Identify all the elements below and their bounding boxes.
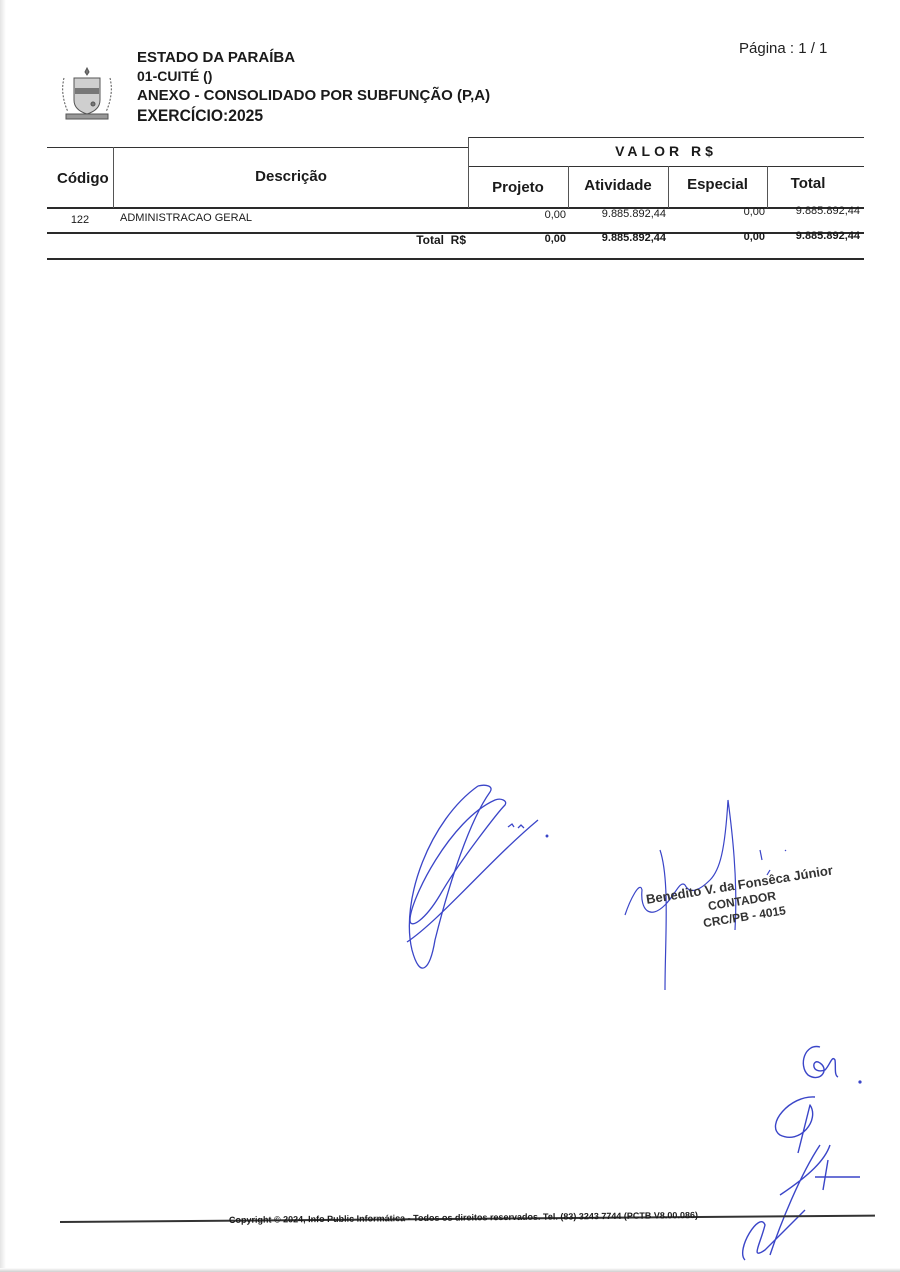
initials-mark <box>720 1035 880 1270</box>
table-rule <box>468 166 864 167</box>
report-header: ESTADO DA PARAÍBA 01-CUITÉ () ANEXO - CO… <box>137 48 490 125</box>
row-project: 0,00 <box>468 209 566 221</box>
fiscal-year: EXERCÍCIO:2025 <box>137 106 462 125</box>
table-rule <box>47 258 864 260</box>
state-coat-of-arms-icon <box>56 64 118 126</box>
page-edge <box>0 0 6 1272</box>
table-rule <box>47 147 468 148</box>
totals-total: 9.885.892,44 <box>767 230 860 242</box>
page-number: Página : 1 / 1 <box>739 40 827 57</box>
totals-special: 0,00 <box>668 231 765 243</box>
annex-title: ANEXO - CONSOLIDADO POR SUBFUNÇÃO (P,A) <box>137 86 490 105</box>
column-header-activity: Atividade <box>568 177 668 194</box>
state-name: ESTADO DA PARAÍBA <box>137 48 490 67</box>
row-code: 122 <box>47 214 113 226</box>
totals-project: 0,00 <box>468 233 566 245</box>
column-header-code: Código <box>57 170 109 187</box>
row-total: 9.885.892,44 <box>767 205 860 217</box>
row-description: ADMINISTRACAO GERAL <box>120 212 252 224</box>
column-group-value: VALOR R$ <box>468 143 864 159</box>
copyright-notice: Copyright © 2024, Info Public Informátic… <box>229 1210 698 1225</box>
signature-mark <box>390 780 550 980</box>
column-header-project: Projeto <box>468 179 568 196</box>
entity-name: 01-CUITÉ () <box>137 67 490 86</box>
totals-activity: 9.885.892,44 <box>568 232 666 244</box>
column-header-special: Especial <box>668 176 767 193</box>
column-header-total: Total <box>767 175 849 192</box>
row-special: 0,00 <box>668 206 765 218</box>
column-header-description: Descrição <box>114 168 468 185</box>
table-rule <box>468 137 864 138</box>
row-activity: 9.885.892,44 <box>568 208 666 220</box>
totals-label: Total R$ <box>300 233 466 247</box>
